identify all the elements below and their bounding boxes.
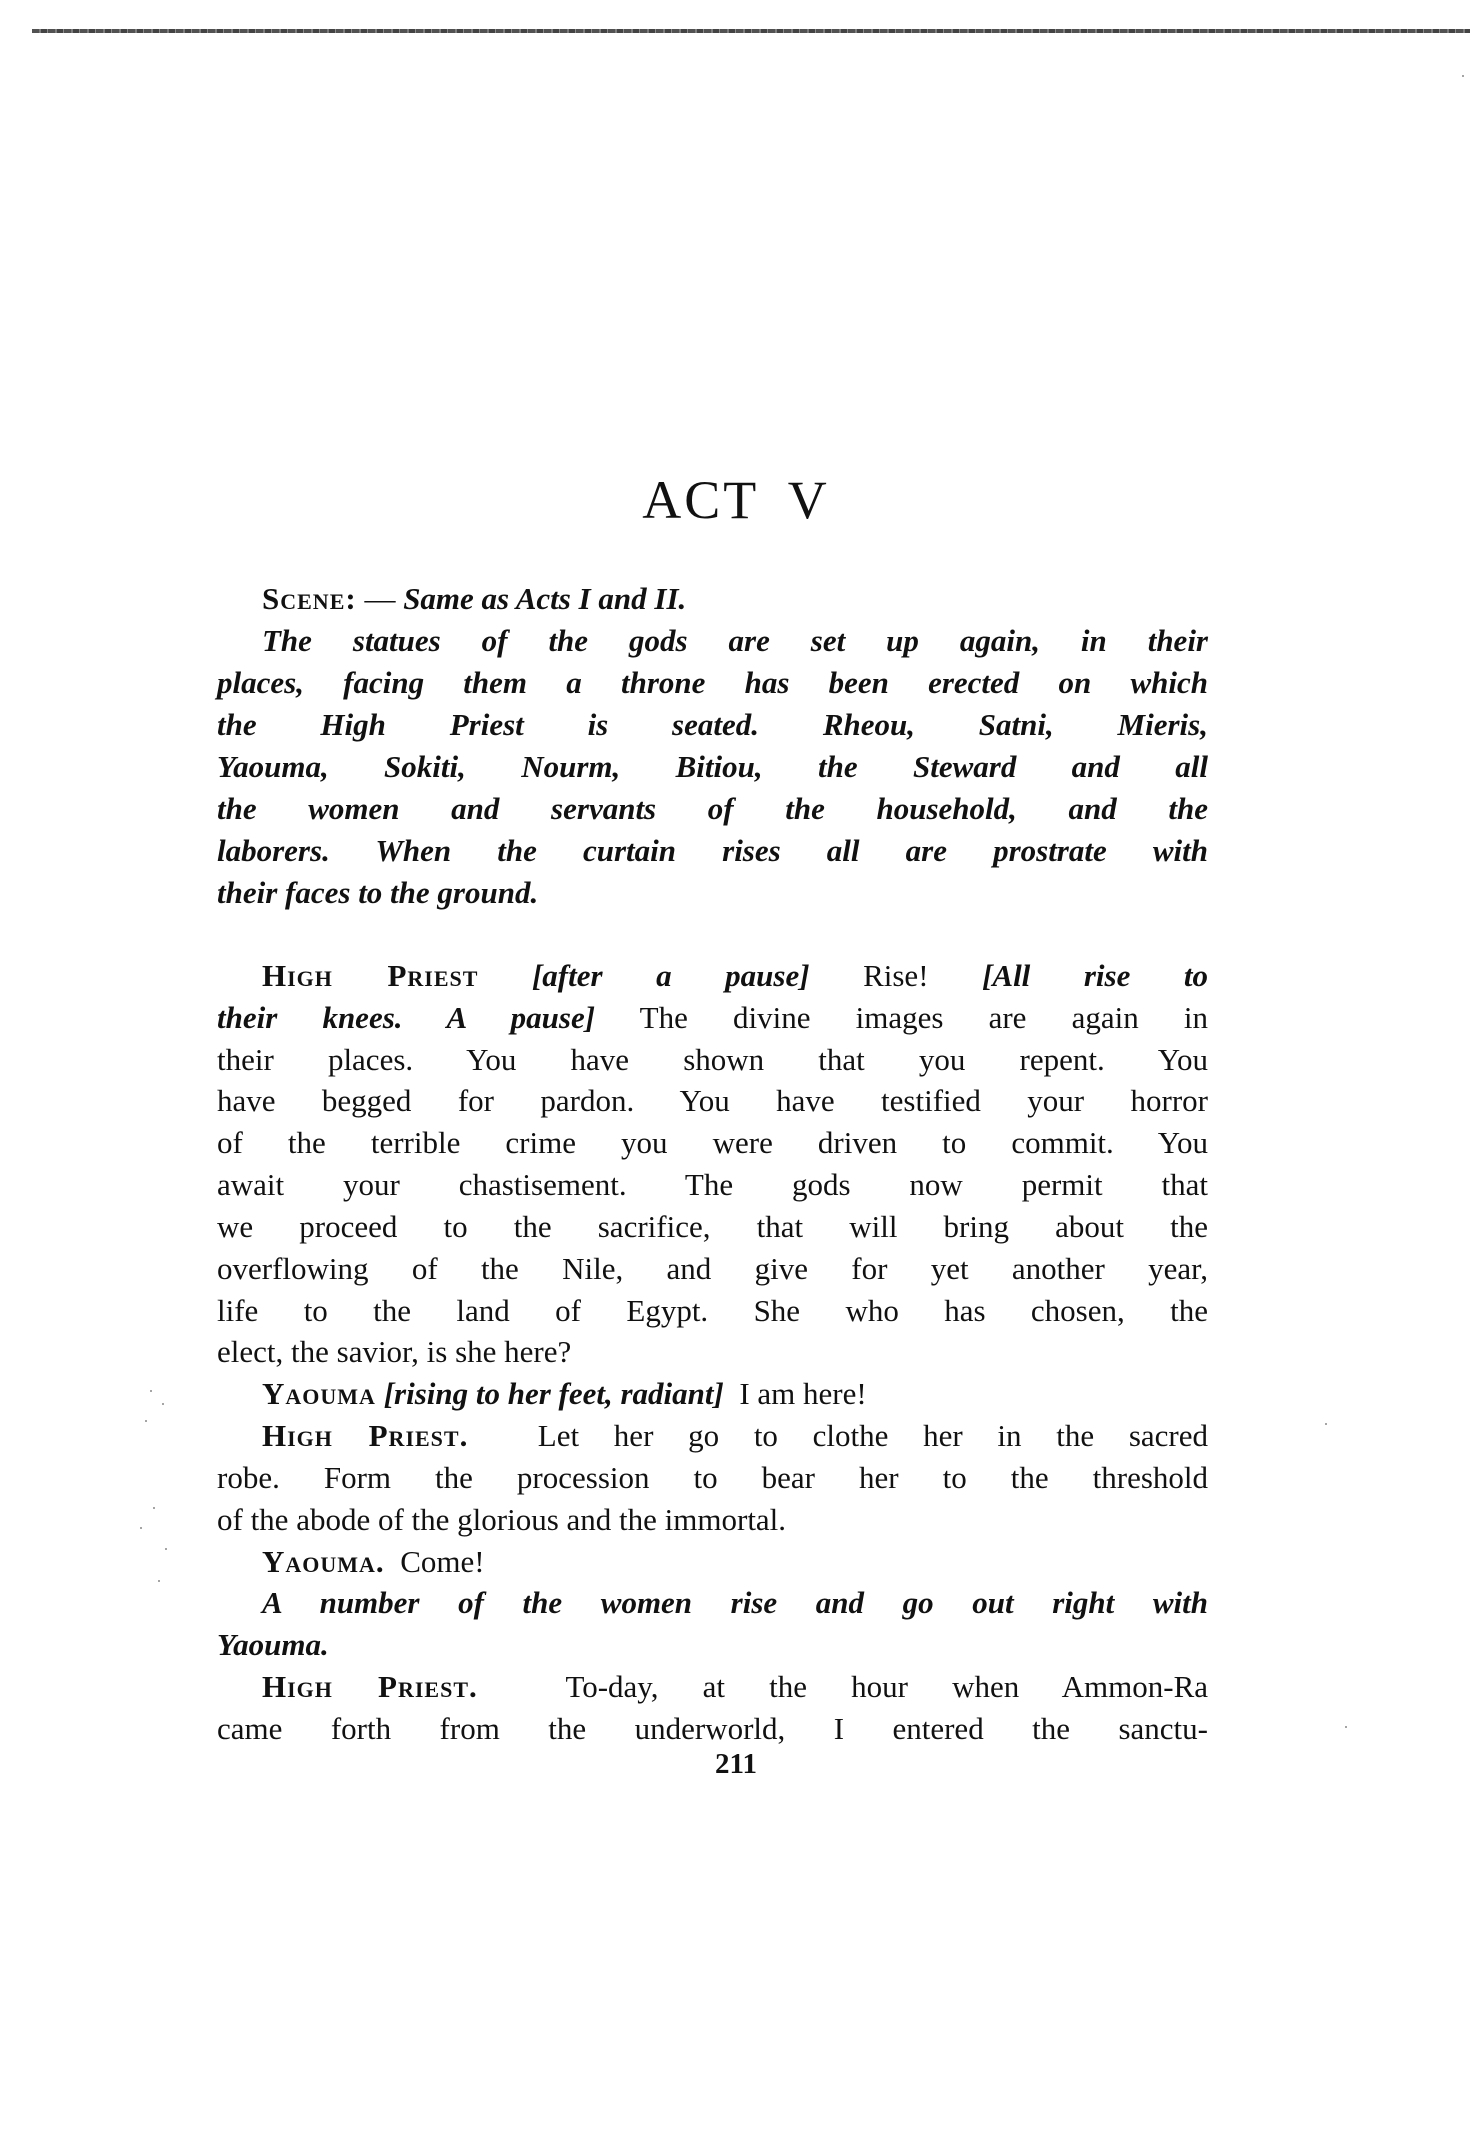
- speech-high-priest-3: High Priest. To-day, at the hour when Am…: [262, 1666, 1208, 1708]
- scan-speck: [165, 1548, 167, 1550]
- scene-line: the High Priest is seated. Rheou, Satni,…: [217, 704, 1208, 746]
- scene-line: the women and servants of the household,…: [217, 788, 1208, 830]
- scene-line: places, facing them a throne has been er…: [217, 662, 1208, 704]
- speech-high-priest-2: High Priest. Let her go to clothe her in…: [262, 1415, 1208, 1457]
- scene-line: The statues of the gods are set up again…: [262, 620, 1208, 662]
- speech-high-priest-first-line: High Priest [after a pause] Rise! [All r…: [262, 955, 1208, 997]
- speech-line: we proceed to the sacrifice, that will b…: [217, 1206, 1208, 1248]
- speech-line: of the abode of the glorious and the imm…: [217, 1499, 1208, 1541]
- scan-speck: [1345, 1726, 1347, 1728]
- speaker-name: Yaouma.: [262, 1544, 385, 1579]
- page-number: 211: [0, 1746, 1472, 1782]
- stage-direction: [after a pause]: [532, 958, 810, 993]
- scan-speck: [145, 1420, 147, 1422]
- speech-line: their places. You have shown that you re…: [217, 1039, 1208, 1081]
- speech-line: their knees. A pause] The divine images …: [217, 997, 1208, 1039]
- stage-direction: their knees. A pause]: [217, 1000, 595, 1035]
- speech-text: Let her go to clothe her in the sacred: [538, 1418, 1208, 1453]
- speech-line: have begged for pardon. You have testifi…: [217, 1080, 1208, 1122]
- stage-direction: [All rise to: [982, 958, 1208, 993]
- scene-heading-line: Scene: — Same as Acts I and II.: [262, 578, 1208, 620]
- stage-direction-line: Yaouma.: [217, 1624, 1208, 1666]
- scene-line: their faces to the ground.: [217, 872, 1208, 914]
- speech-text: To-day, at the hour when Ammon-Ra: [565, 1669, 1208, 1704]
- speech-yaouma-2: Yaouma. Come!: [262, 1541, 1208, 1583]
- speech-yaouma: Yaouma [rising to her feet, radiant] I a…: [262, 1373, 1208, 1415]
- speech-text: The divine images are again in: [640, 1000, 1208, 1035]
- speech-line: await your chastisement. The gods now pe…: [217, 1164, 1208, 1206]
- scan-speck: [140, 1527, 142, 1529]
- speech-line: of the terrible crime you were driven to…: [217, 1122, 1208, 1164]
- speaker-name: High Priest.: [262, 1669, 478, 1704]
- speaker-name: Yaouma: [262, 1376, 376, 1411]
- act-title: ACT V: [0, 468, 1472, 532]
- page-top-rule: [32, 29, 1470, 33]
- scene-line: laborers. When the curtain rises all are…: [217, 830, 1208, 872]
- speech-text: I am here!: [739, 1376, 866, 1411]
- speech-line: robe. Form the procession to bear her to…: [217, 1457, 1208, 1499]
- speaker-name: High Priest: [262, 958, 478, 993]
- scan-speck: [153, 1507, 155, 1509]
- stage-direction-line: A number of the women rise and go out ri…: [262, 1582, 1208, 1624]
- scan-speck: [1325, 1423, 1327, 1425]
- scan-speck: [1462, 75, 1464, 77]
- scan-speck: [162, 1403, 164, 1405]
- speech-line: life to the land of Egypt. She who has c…: [217, 1290, 1208, 1332]
- speech-line: elect, the savior, is she here?: [217, 1331, 1208, 1373]
- speech-text: Rise!: [863, 958, 928, 993]
- scan-speck: [150, 1390, 152, 1392]
- scene-line: Yaouma, Sokiti, Nourm, Bitiou, the Stewa…: [217, 746, 1208, 788]
- speech-line: came forth from the underworld, I entere…: [217, 1708, 1208, 1750]
- scan-speck: [158, 1580, 160, 1582]
- scene-dash: —: [357, 581, 404, 616]
- speech-text: Come!: [400, 1544, 484, 1579]
- scene-heading: Same as Acts I and II.: [403, 581, 686, 616]
- scene-label: Scene:: [262, 581, 357, 616]
- speaker-name: High Priest.: [262, 1418, 468, 1453]
- stage-direction: [rising to her feet, radiant]: [384, 1376, 724, 1411]
- speech-line: overflowing of the Nile, and give for ye…: [217, 1248, 1208, 1290]
